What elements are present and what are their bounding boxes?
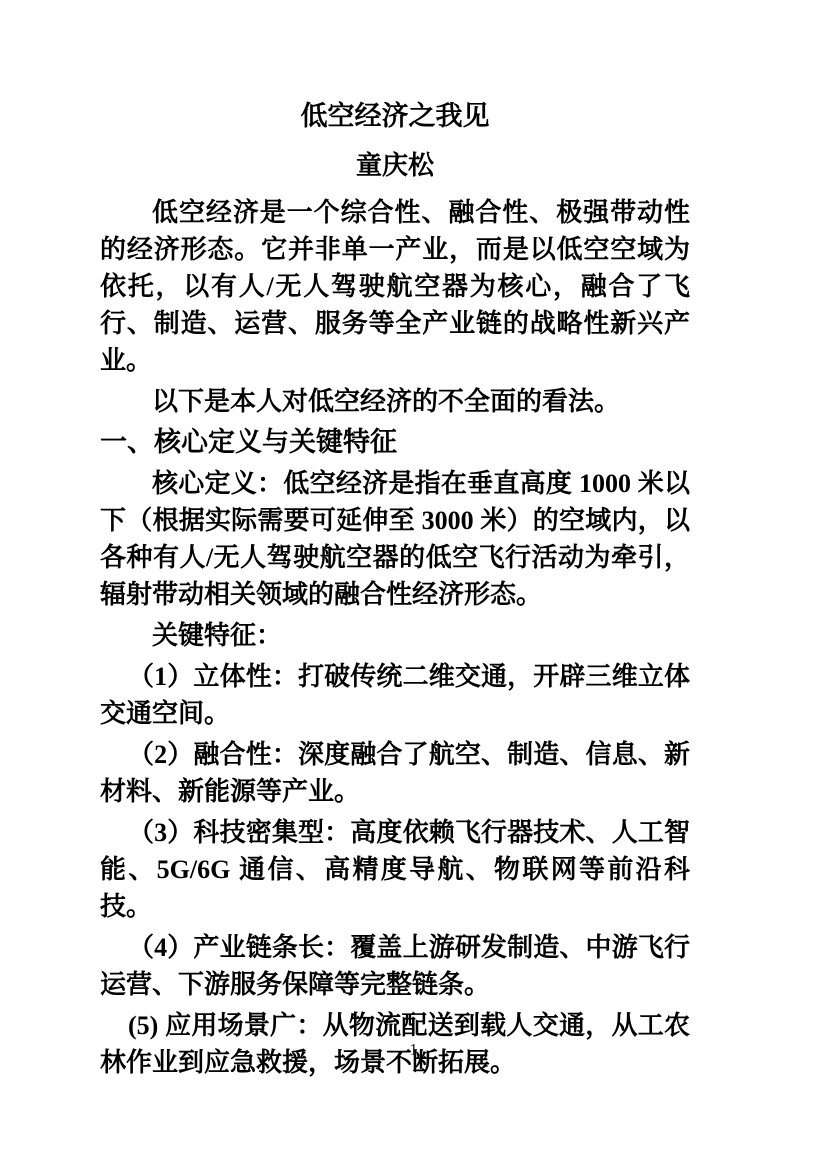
feature-item: （3）科技密集型：高度依赖飞行器技术、人工智能、5G/6G 通信、高精度导航、物… [100, 814, 690, 925]
document-title: 低空经济之我见 [100, 98, 690, 135]
page-number: 1 [0, 1040, 827, 1060]
features-label: 关键特征： [100, 617, 690, 654]
document-content: 低空经济之我见 童庆松 低空经济是一个综合性、融合性、极强带动性的经济形态。它并… [100, 98, 690, 1085]
section-heading: 一、核心定义与关键特征 [100, 424, 690, 461]
feature-item: （2）融合性：深度融合了航空、制造、信息、新材料、新能源等产业。 [100, 736, 690, 810]
feature-item: （1）立体性：打破传统二维交通，开辟三维立体交通空间。 [100, 658, 690, 732]
core-definition-paragraph: 核心定义：低空经济是指在垂直高度 1000 米以下（根据实际需要可延伸至 300… [100, 465, 690, 613]
intro-paragraph: 低空经济是一个综合性、融合性、极强带动性的经济形态。它并非单一产业，而是以低空空… [100, 194, 690, 379]
document-page: 低空经济之我见 童庆松 低空经济是一个综合性、融合性、极强带动性的经济形态。它并… [0, 0, 827, 1170]
intro-paragraph: 以下是本人对低空经济的不全面的看法。 [100, 383, 690, 420]
feature-item: （4）产业链条长：覆盖上游研发制造、中游飞行运营、下游服务保障等完整链条。 [100, 929, 690, 1003]
document-author: 童庆松 [100, 147, 690, 184]
